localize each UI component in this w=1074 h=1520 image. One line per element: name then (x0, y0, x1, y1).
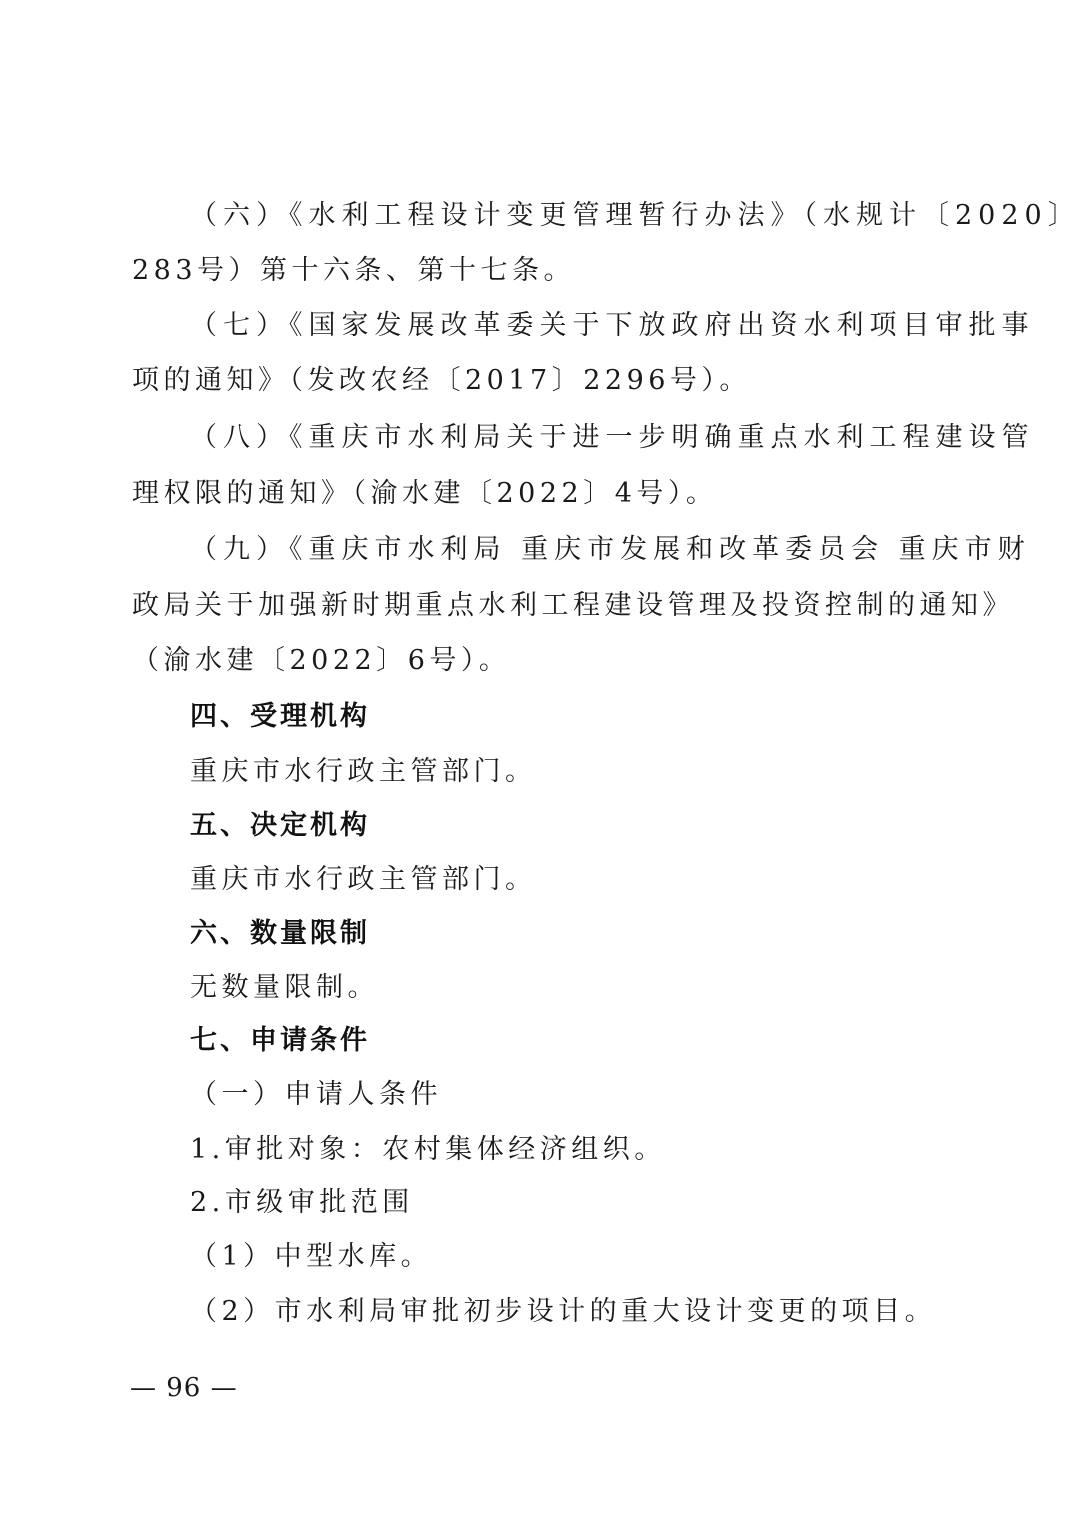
section-body-decision: 重庆市水行政主管部门。 (190, 860, 1005, 900)
section-body-acceptance: 重庆市水行政主管部门。 (190, 752, 1005, 792)
conditions-item-scope: 2.市级审批范围 (190, 1183, 1005, 1223)
basis-item-9-line1: （九）《重庆市水利局 重庆市发展和改革委员会 重庆市财 (190, 530, 1005, 570)
basis-item-7-line2: 项的通知》（发改农经〔2017〕2296号）。 (132, 361, 947, 401)
basis-item-6-line1: （六）《水利工程设计变更管理暂行办法》（水规计〔2020〕 (190, 196, 1005, 236)
basis-item-7-line1: （七）《国家发展改革委关于下放政府出资水利项目审批事 (190, 306, 1005, 346)
basis-item-9-line2: 政局关于加强新时期重点水利工程建设管理及投资控制的通知》 (132, 586, 947, 626)
basis-item-6-line2: 283号）第十六条、第十七条。 (132, 251, 947, 291)
basis-item-8-line2: 理权限的通知》（渝水建〔2022〕4号）。 (132, 474, 947, 514)
basis-item-8-line1: （八）《重庆市水利局关于进一步明确重点水利工程建设管 (190, 418, 1005, 458)
basis-item-9-line3: （渝水建〔2022〕6号）。 (132, 641, 947, 681)
section-heading-quantity: 六、数量限制 (190, 914, 1005, 954)
conditions-item-approval-object: 1.审批对象：农村集体经济组织。 (190, 1130, 1005, 1170)
conditions-subheading-applicant: （一）申请人条件 (190, 1075, 1005, 1115)
section-heading-conditions: 七、申请条件 (190, 1021, 1005, 1061)
section-body-quantity: 无数量限制。 (190, 968, 1005, 1008)
conditions-scope-item-2: （2）市水利局审批初步设计的重大设计变更的项目。 (190, 1292, 1005, 1332)
page-number: — 96 — (130, 1370, 238, 1406)
document-page: （六）《水利工程设计变更管理暂行办法》（水规计〔2020〕 283号）第十六条、… (0, 0, 1074, 1520)
conditions-scope-item-1: （1）中型水库。 (190, 1237, 1005, 1277)
section-heading-decision: 五、决定机构 (190, 806, 1005, 846)
section-heading-acceptance: 四、受理机构 (190, 697, 1005, 737)
